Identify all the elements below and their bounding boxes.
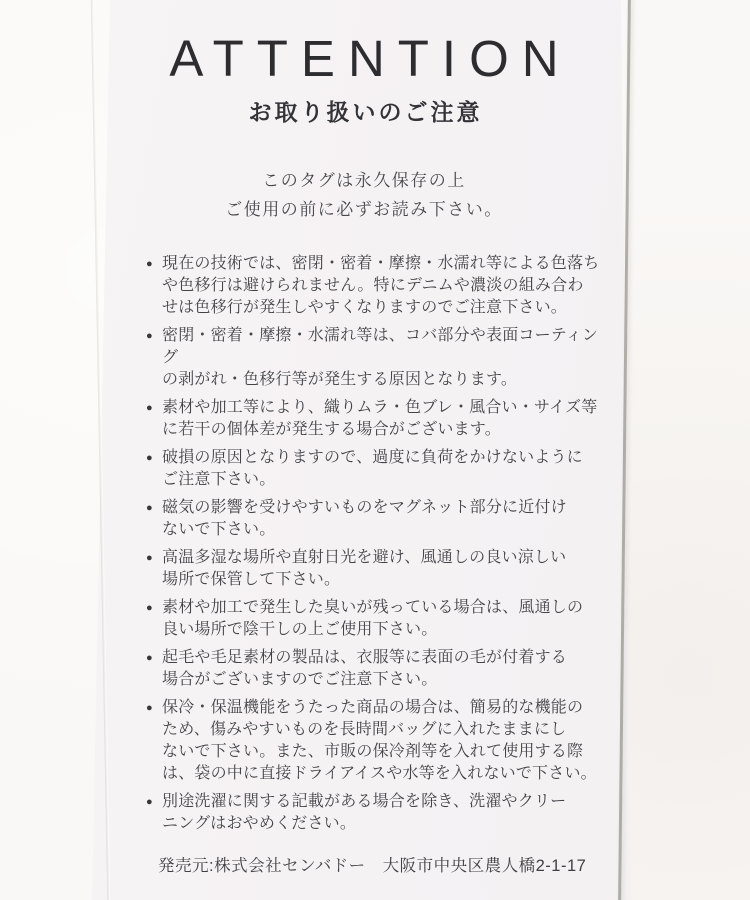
tag-title: ATTENTION bbox=[100, 30, 628, 87]
care-note-item: ● 起毛や毛足素材の製品は、衣服等に表面の毛が付着する 場合がございますのでご注… bbox=[146, 647, 614, 691]
care-tag-content: ATTENTION お取り扱いのご注意 このタグは永久保存の上 ご使用の前に必ず… bbox=[100, 0, 628, 900]
tag-intro: このタグは永久保存の上 ご使用の前に必ずお読み下さい。 bbox=[100, 166, 628, 224]
care-note-text: 破損の原因となりますので、過度に負荷をかけないように ご注意下さい。 bbox=[162, 447, 610, 491]
care-note-item: ● 素材や加工等により、織りムラ・色ブレ・風合い・サイズ等 に若干の個体差が発生… bbox=[146, 397, 614, 441]
bullet-icon: ● bbox=[146, 791, 162, 813]
intro-line-1: このタグは永久保存の上 bbox=[100, 166, 628, 195]
care-note-item: ● 高温多湿な場所や直射日光を避け、風通しの良い涼しい 場所で保管して下さい。 bbox=[146, 547, 614, 591]
care-note-text: 現在の技術では、密閉・密着・摩擦・水濡れ等による色落ち や色移行は避けられません… bbox=[162, 253, 610, 319]
bullet-icon: ● bbox=[146, 253, 162, 275]
bullet-icon: ● bbox=[146, 447, 162, 469]
bullet-icon: ● bbox=[146, 697, 162, 719]
care-note-text: 素材や加工等により、織りムラ・色ブレ・風合い・サイズ等 に若干の個体差が発生する… bbox=[162, 397, 610, 441]
care-note-item: ● 密閉・密着・摩擦・水濡れ等は、コバ部分や表面コーティング の剥がれ・色移行等… bbox=[146, 325, 614, 391]
care-note-item: ● 保冷・保温機能をうたった商品の場合は、簡易的な機能の ため、傷みやすいものを… bbox=[146, 697, 614, 785]
care-note-item: ● 現在の技術では、密閉・密着・摩擦・水濡れ等による色落ち や色移行は避けられま… bbox=[146, 253, 614, 319]
tag-subtitle: お取り扱いのご注意 bbox=[100, 94, 628, 127]
care-note-text: 起毛や毛足素材の製品は、衣服等に表面の毛が付着する 場合がございますのでご注意下… bbox=[162, 647, 610, 691]
care-note-text: 別途洗濯に関する記載がある場合を除き、洗濯やクリー ニングはおやめください。 bbox=[162, 791, 610, 835]
bullet-icon: ● bbox=[146, 647, 162, 669]
bullet-icon: ● bbox=[146, 397, 162, 419]
care-note-item: ● 素材や加工で発生した臭いが残っている場合は、風通しの 良い場所で陰干しの上ご… bbox=[146, 597, 614, 641]
care-note-text: 密閉・密着・摩擦・水濡れ等は、コバ部分や表面コーティング の剥がれ・色移行等が発… bbox=[162, 325, 610, 391]
care-note-item: ● 破損の原因となりますので、過度に負荷をかけないように ご注意下さい。 bbox=[146, 447, 614, 491]
care-note-item: ● 磁気の影響を受けやすいものをマグネット部分に近付け ないで下さい。 bbox=[146, 497, 614, 541]
bullet-icon: ● bbox=[146, 597, 162, 619]
care-note-text: 磁気の影響を受けやすいものをマグネット部分に近付け ないで下さい。 bbox=[162, 497, 610, 541]
distributor-info: 発売元:株式会社センバドー 大阪市中央区農人橋2-1-17 bbox=[158, 852, 586, 876]
care-note-item: ● 別途洗濯に関する記載がある場合を除き、洗濯やクリー ニングはおやめください。 bbox=[146, 791, 614, 835]
intro-line-2: ご使用の前に必ずお読み下さい。 bbox=[100, 195, 628, 224]
care-note-text: 高温多湿な場所や直射日光を避け、風通しの良い涼しい 場所で保管して下さい。 bbox=[162, 547, 610, 591]
bullet-icon: ● bbox=[146, 325, 162, 347]
care-notes-list: ● 現在の技術では、密閉・密着・摩擦・水濡れ等による色落ち や色移行は避けられま… bbox=[146, 253, 614, 835]
care-note-text: 保冷・保温機能をうたった商品の場合は、簡易的な機能の ため、傷みやすいものを長時… bbox=[162, 697, 610, 785]
bullet-icon: ● bbox=[146, 497, 162, 519]
care-note-text: 素材や加工で発生した臭いが残っている場合は、風通しの 良い場所で陰干しの上ご使用… bbox=[162, 597, 610, 641]
bullet-icon: ● bbox=[146, 547, 162, 569]
